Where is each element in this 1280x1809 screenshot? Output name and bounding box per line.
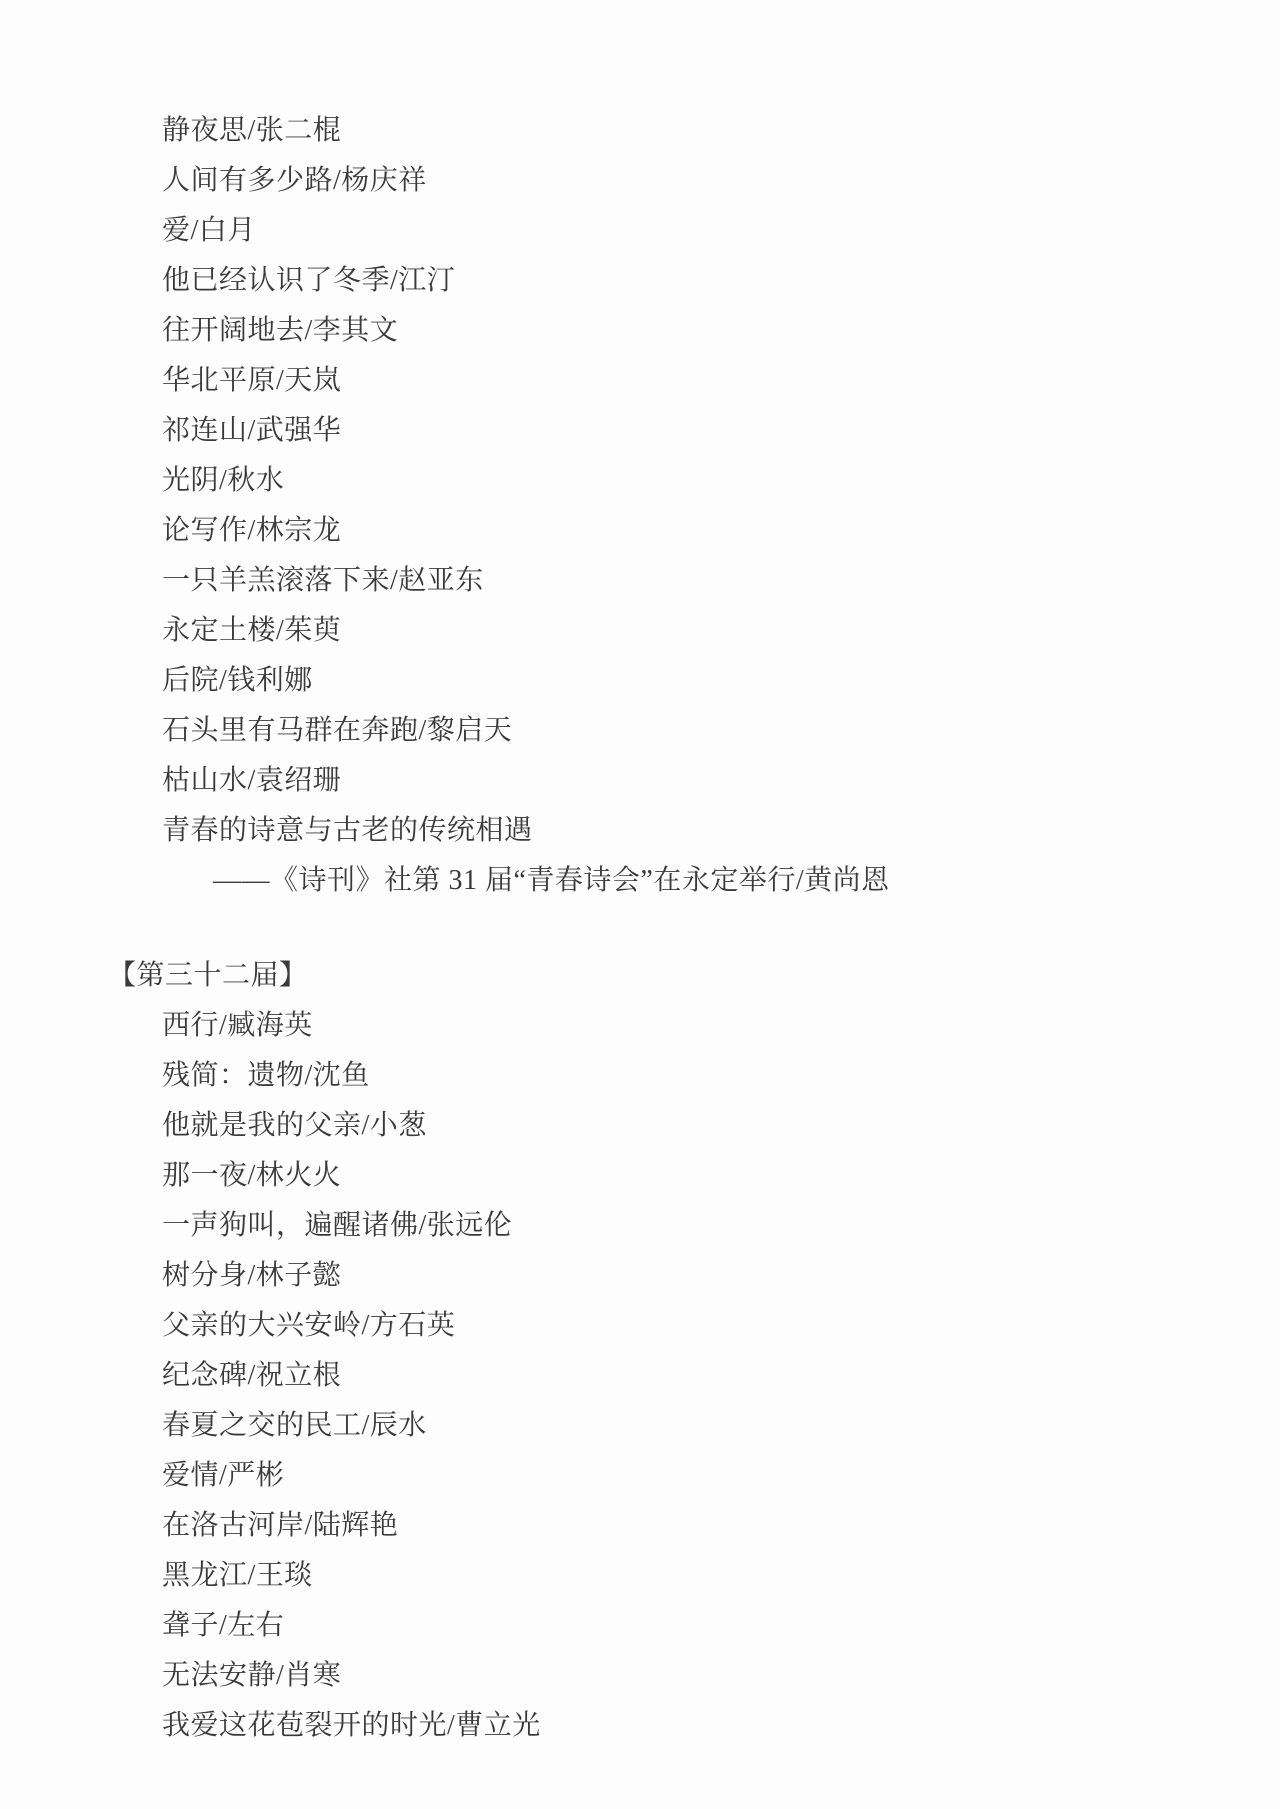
- toc-entry: 永定土楼/茱萸: [108, 606, 1240, 656]
- toc-entry: 光阴/秋水: [108, 456, 1240, 506]
- toc-section-thirty-second: 【第三十二届】西行/臧海英残简：遗物/沈鱼他就是我的父亲/小葱那一夜/林火火一声…: [108, 951, 1240, 1751]
- toc-entry: 爱情/严彬: [108, 1451, 1240, 1501]
- toc-entry: 他已经认识了冬季/江汀: [108, 256, 1240, 306]
- toc-entry: 静夜思/张二棍: [108, 106, 1240, 156]
- toc-entry: 树分身/林子懿: [108, 1251, 1240, 1301]
- toc-entry: 一只羊羔滚落下来/赵亚东: [108, 556, 1240, 606]
- table-of-contents: 静夜思/张二棍人间有多少路/杨庆祥爱/白月他已经认识了冬季/江汀往开阔地去/李其…: [0, 0, 1280, 1751]
- toc-entry: 爱/白月: [108, 206, 1240, 256]
- section-heading: 【第三十二届】: [108, 951, 1240, 1001]
- toc-entry: 纪念碑/祝立根: [108, 1351, 1240, 1401]
- toc-entry: 石头里有马群在奔跑/黎启天: [108, 706, 1240, 756]
- toc-entry: 人间有多少路/杨庆祥: [108, 156, 1240, 206]
- toc-entry: 无法安静/肖寒: [108, 1651, 1240, 1701]
- toc-entry: 论写作/林宗龙: [108, 506, 1240, 556]
- toc-entry: 聋子/左右: [108, 1601, 1240, 1651]
- toc-entry: 那一夜/林火火: [108, 1151, 1240, 1201]
- toc-entry: 父亲的大兴安岭/方石英: [108, 1301, 1240, 1351]
- toc-entry: 西行/臧海英: [108, 1001, 1240, 1051]
- toc-entry: 青春的诗意与古老的传统相遇: [108, 806, 1240, 856]
- toc-section-thirty-first: 静夜思/张二棍人间有多少路/杨庆祥爱/白月他已经认识了冬季/江汀往开阔地去/李其…: [108, 106, 1240, 906]
- toc-entry: 枯山水/袁绍珊: [108, 756, 1240, 806]
- toc-entry: 在洛古河岸/陆辉艳: [108, 1501, 1240, 1551]
- toc-entry: 春夏之交的民工/辰水: [108, 1401, 1240, 1451]
- toc-entry: 一声狗叫，遍醒诸佛/张远伦: [108, 1201, 1240, 1251]
- toc-entry: 他就是我的父亲/小葱: [108, 1101, 1240, 1151]
- attribution-line: ——《诗刊》社第 31 届“青春诗会”在永定举行/黄尚恩: [108, 856, 1240, 906]
- document-page: 静夜思/张二棍人间有多少路/杨庆祥爱/白月他已经认识了冬季/江汀往开阔地去/李其…: [0, 0, 1280, 1809]
- toc-entry: 我爱这花苞裂开的时光/曹立光: [108, 1701, 1240, 1751]
- toc-entry: 祁连山/武强华: [108, 406, 1240, 456]
- toc-entry: 残简：遗物/沈鱼: [108, 1051, 1240, 1101]
- toc-entry: 后院/钱利娜: [108, 656, 1240, 706]
- toc-entry: 往开阔地去/李其文: [108, 306, 1240, 356]
- toc-entry: 黑龙江/王琰: [108, 1551, 1240, 1601]
- toc-entry: 华北平原/天岚: [108, 356, 1240, 406]
